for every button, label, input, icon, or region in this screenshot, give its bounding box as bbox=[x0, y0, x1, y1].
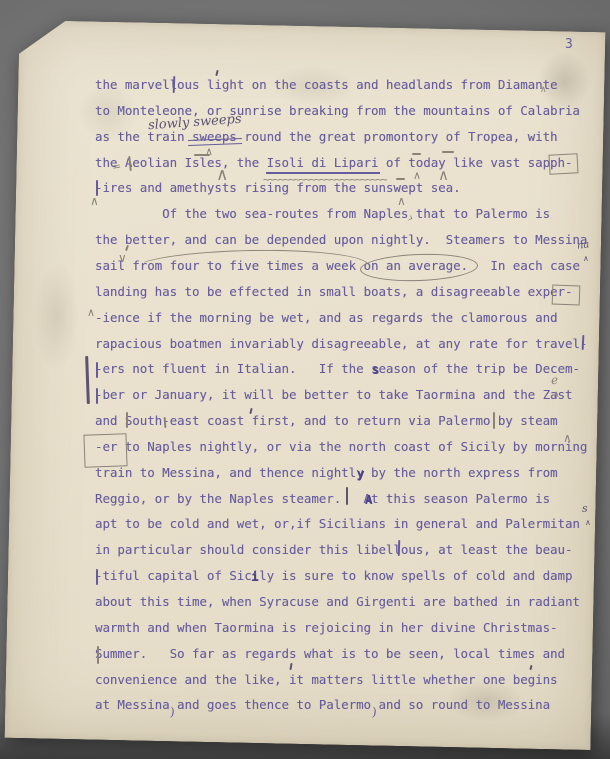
inserted-i-dot-light bbox=[215, 70, 218, 76]
inserted-comma-after-palermo: ) bbox=[371, 706, 377, 718]
dash-above-after-today bbox=[442, 151, 454, 153]
tick-above-it bbox=[289, 663, 292, 670]
caret-under-isles: ∧ bbox=[216, 168, 228, 183]
tick-above-first-i bbox=[249, 408, 252, 414]
stroke-through-ires-hyphen bbox=[96, 180, 98, 196]
stroke-through-aeolian bbox=[128, 156, 132, 171]
dash-below-sweeps bbox=[194, 154, 210, 156]
caret-under-today: ∧ bbox=[413, 171, 421, 181]
handwritten-s-palermitans: s bbox=[582, 503, 588, 514]
caret-at-south-east-hyphen bbox=[164, 417, 167, 428]
overtype-nightly-y: y bbox=[357, 467, 365, 481]
caret-under-zast: ∧ bbox=[553, 391, 560, 399]
caret-at-ience: ∧ bbox=[87, 308, 95, 318]
hyphen-above-sunswept bbox=[396, 178, 405, 180]
strikethrough-sweeps bbox=[188, 138, 242, 146]
insert-stroke-marvellous bbox=[173, 76, 176, 93]
stroke-through-travel-hyphen bbox=[582, 335, 585, 350]
stroke-through-ber-hyphen bbox=[96, 388, 98, 404]
inserted-comma-after-messina: ) bbox=[169, 706, 175, 718]
overtype-season-s: s bbox=[372, 363, 380, 377]
wavy-underline-isoli-di-lipari: ~~~~~~~~~~~~~~~~~~~~~~~~ bbox=[263, 174, 381, 185]
slash-before-by bbox=[493, 412, 495, 429]
margin-equals-mark: = bbox=[111, 160, 122, 172]
stroke-through-ers-hyphen bbox=[96, 362, 98, 378]
box-around-er bbox=[83, 433, 127, 467]
caret-after-steam: ∧ bbox=[563, 433, 572, 444]
pencil-arc-over-week bbox=[134, 248, 368, 269]
overtype-sicily-i: i bbox=[251, 570, 259, 584]
box-around-sapph-hyphen bbox=[548, 153, 578, 174]
handwritten-na-messina: na bbox=[576, 240, 590, 252]
scanned-manuscript-photo: 3 the marvellous light on the coasts and… bbox=[0, 0, 610, 759]
caret-under-na: ∧ bbox=[583, 255, 589, 262]
typed-underline-isoli-di-lipari bbox=[266, 172, 380, 174]
tick-above-begins bbox=[529, 665, 532, 670]
caret-under-palermitans: ∧ bbox=[585, 519, 591, 526]
pencil-mark-below-diamante: ∧ bbox=[540, 86, 547, 94]
caret-under-sunswept: ∧ bbox=[397, 196, 406, 207]
handwritten-e-above-zast: e bbox=[550, 374, 558, 387]
tick-above-better bbox=[125, 245, 129, 251]
slash-through-south-s bbox=[126, 412, 128, 428]
box-around-exper-hyphen bbox=[552, 285, 581, 306]
insert-stroke-libellous bbox=[398, 540, 401, 556]
stroke-through-tiful-hyphen bbox=[96, 569, 98, 585]
overtype-capital-a: A bbox=[365, 493, 373, 507]
circle-around-on-an-average bbox=[360, 252, 479, 283]
caret-under-ires: ∧ bbox=[90, 196, 99, 207]
caret-below-sweeps: ∧ bbox=[205, 147, 213, 157]
caret-after-today: ∧ bbox=[438, 169, 449, 183]
slash-through-summer-s bbox=[97, 646, 99, 664]
mark-after-naples: › bbox=[406, 212, 414, 226]
handwritten-slowly-sweeps: slowly sweeps bbox=[148, 113, 242, 132]
handwritten-annotations-layer: ∧slowly sweeps∧=∧~~~~~~~~~~~~~~~~~~~~~~~… bbox=[0, 0, 610, 759]
stroke-after-steamer bbox=[346, 487, 348, 505]
bold-margin-stroke bbox=[85, 356, 90, 404]
check-mark-at-sail: ∨ bbox=[118, 252, 127, 264]
hyphen-above-today bbox=[412, 153, 421, 155]
